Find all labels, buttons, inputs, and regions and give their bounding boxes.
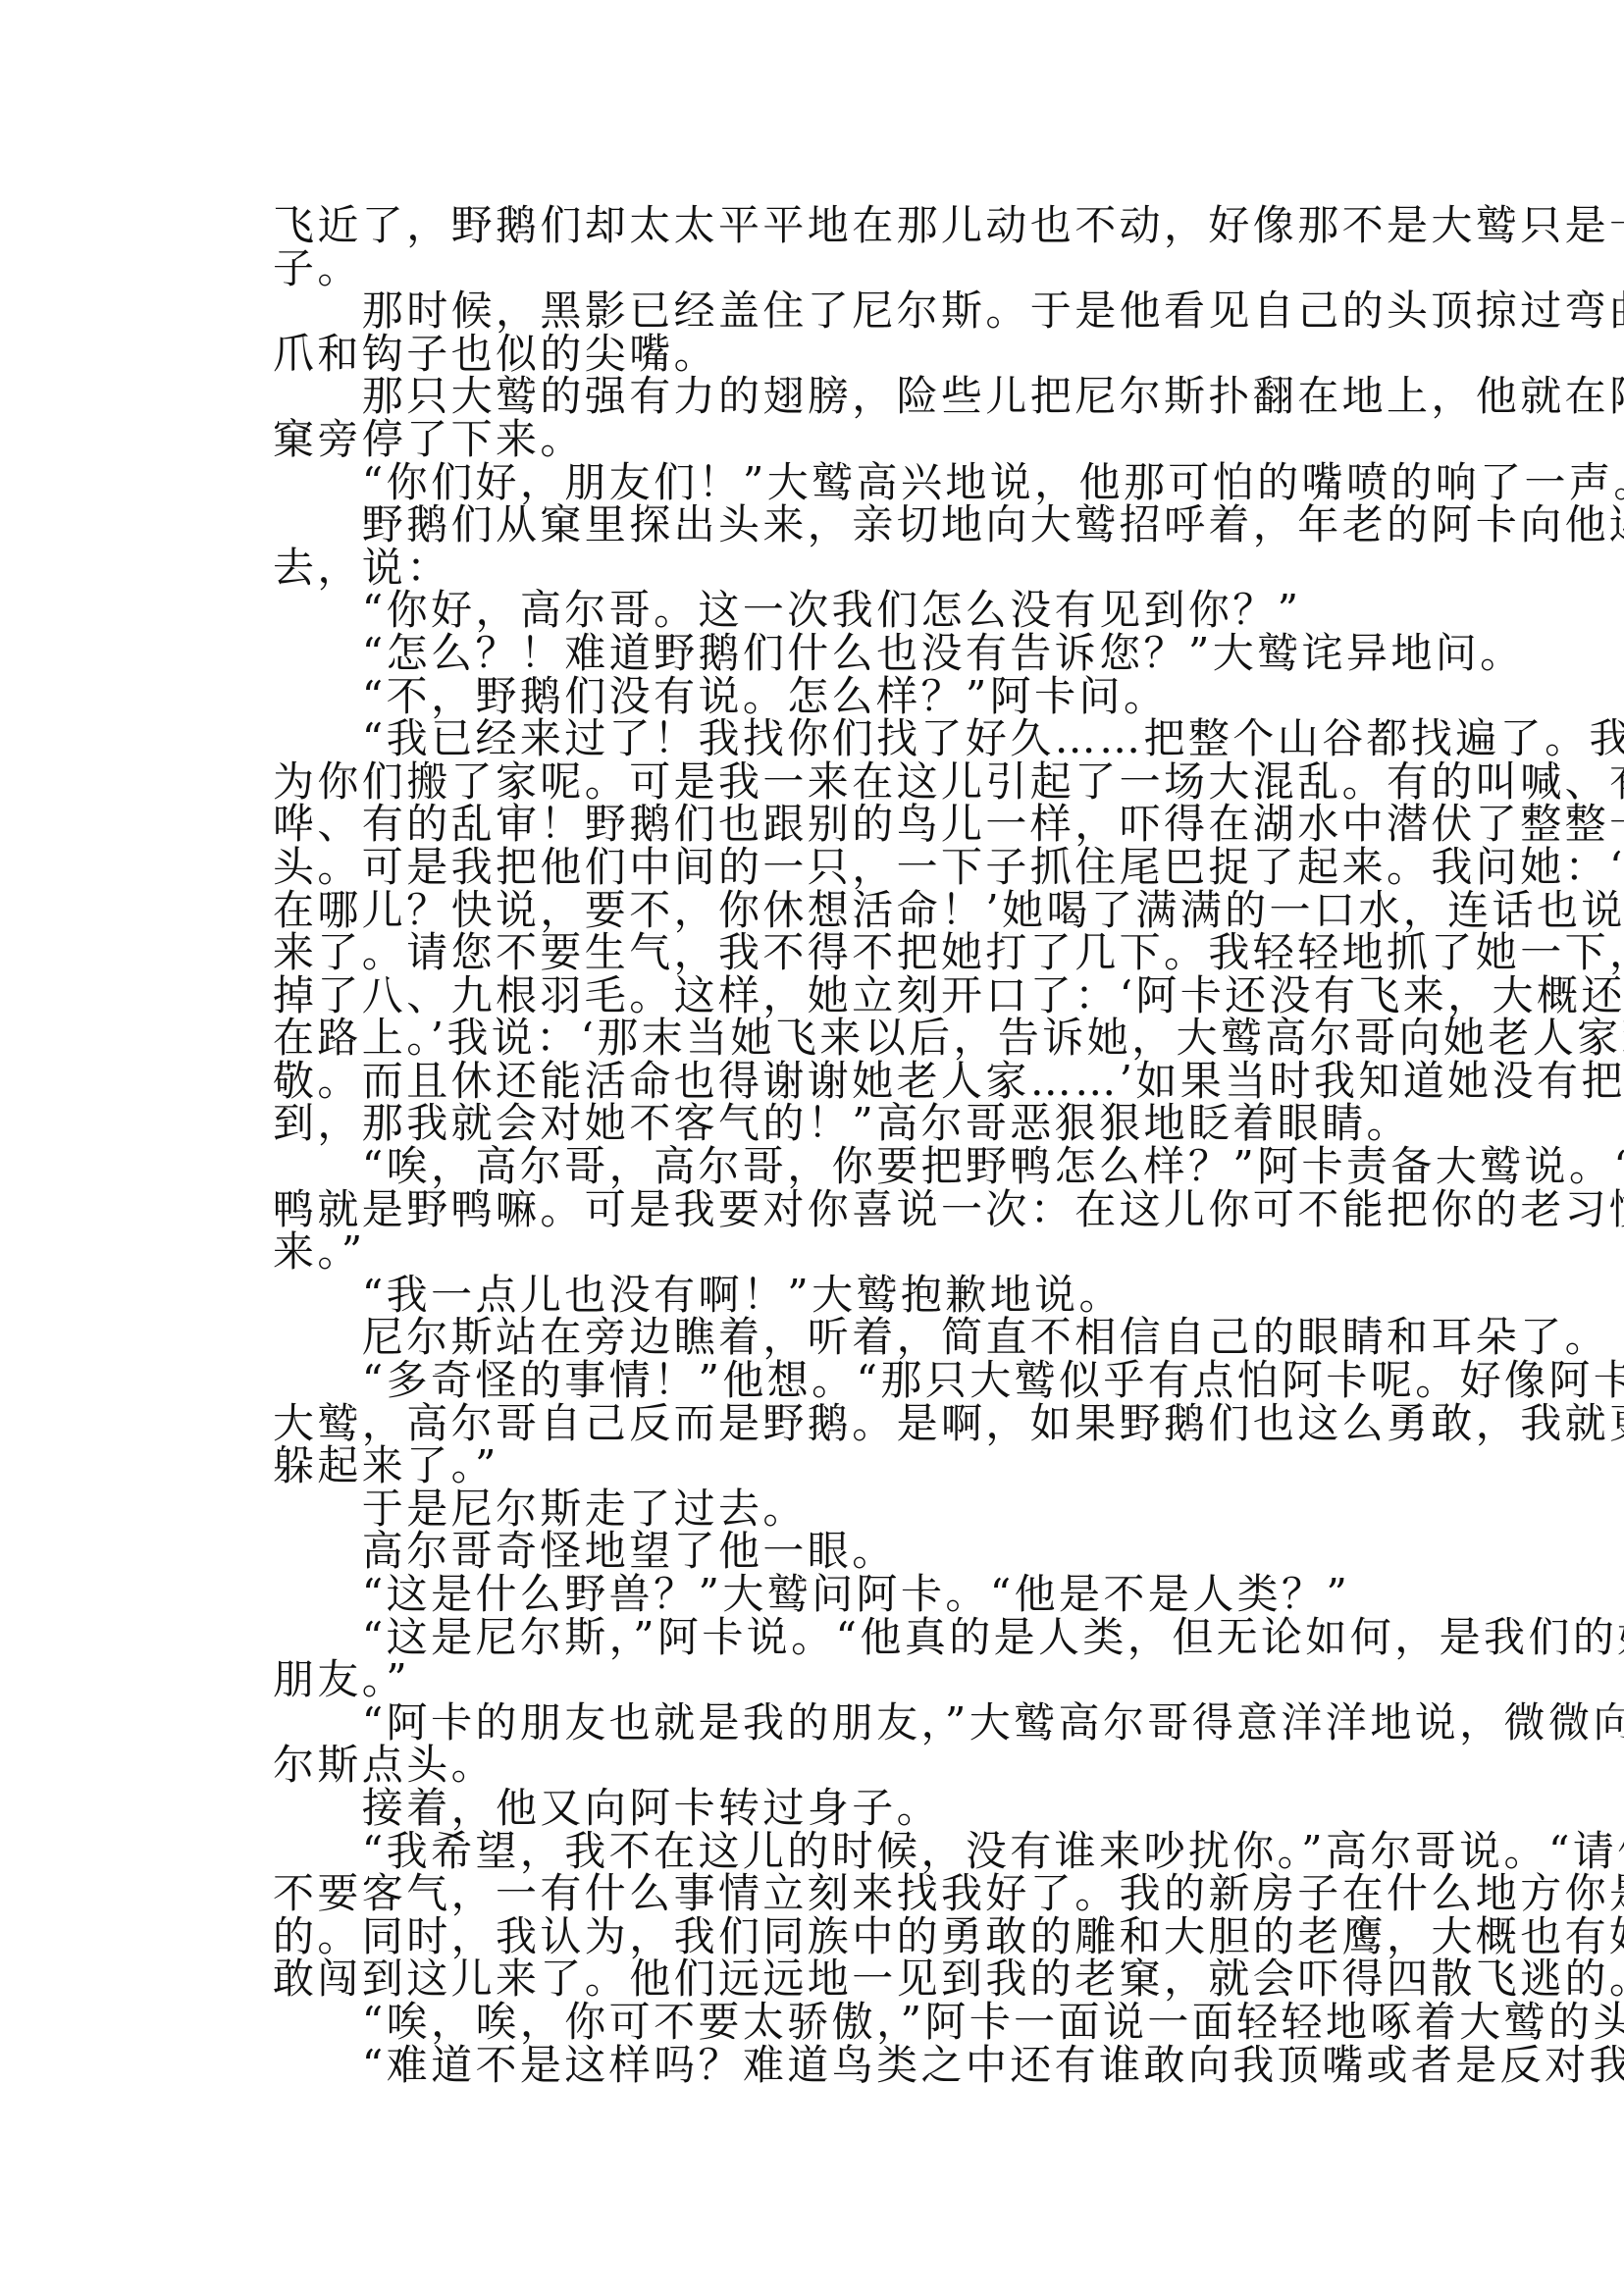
text-line: 野鹅们从窠里探出头来，亲切地向大鹫招呼着，年老的阿卡向他迎了上 bbox=[273, 503, 1352, 547]
text-line: 敬。而且休还能活命也得谢谢她老人家……’如果当时我知道她没有把话传 bbox=[273, 1060, 1352, 1103]
text-line: “我希望，我不在这儿的时候，没有谁来吵扰你。”高尔哥说。“请你 bbox=[273, 1830, 1352, 1873]
text-line: 哗、有的乱审！野鹅们也跟别的鸟儿一样，吓得在湖水中潜伏了整整一个钟 bbox=[273, 803, 1352, 846]
text-line: 那时候，黑影已经盖住了尼尔斯。于是他看见自己的头顶掠过弯曲的脚 bbox=[273, 289, 1352, 333]
text-line: “我已经来过了！我找你们找了好久……把整个山谷都找遍了。我还以 bbox=[273, 717, 1352, 760]
text-line: “多奇怪的事情！”他想。“那只大鹫似乎有点怕阿卡呢。好像阿卡是 bbox=[273, 1359, 1352, 1402]
text-line: 尼尔斯站在旁边瞧着，听着，简直不相信自己的眼睛和耳朵了。 bbox=[273, 1316, 1352, 1359]
text-line: 飞近了，野鹅们却太太平平地在那儿动也不动，好像那不是大鹫只是一只燕 bbox=[273, 204, 1352, 247]
text-line: “这是尼尔斯，”阿卡说。“他真的是人类，但无论如何，是我们的好 bbox=[273, 1616, 1352, 1659]
text-line: 于是尼尔斯走了过去。 bbox=[273, 1487, 1352, 1531]
text-line: 鸭就是野鸭嘛。可是我要对你喜说一次：在这儿你可不能把你的老习惯搬出 bbox=[273, 1188, 1352, 1231]
text-line: 不要客气，一有什么事情立刻来找我好了。我的新房子在什么地方你是知道 bbox=[273, 1872, 1352, 1915]
text-line: 大鹫，高尔哥自己反而是野鹅。是啊，如果野鹅们也这么勇敢，我就更不用 bbox=[273, 1402, 1352, 1445]
document-page: 飞近了，野鹅们却太太平平地在那儿动也不动，好像那不是大鹫只是一只燕 子。 那时候… bbox=[0, 0, 1624, 2294]
text-line: 掉了八、九根羽毛。这样，她立刻开口了：‘阿卡还没有飞来，大概还逗留 bbox=[273, 974, 1352, 1017]
text-line: “唉，唉，你可不要太骄傲，”阿卡一面说一面轻轻地啄着大鹫的头。 bbox=[273, 2001, 1352, 2044]
text-line: 爪和钩子也似的尖嘴。 bbox=[273, 333, 1352, 376]
text-line: “你们好，朋友们！”大鹫高兴地说，他那可怕的嘴喷的响了一声。 bbox=[273, 461, 1352, 504]
text-line: 去，说： bbox=[273, 547, 1352, 590]
text-line: “你好，高尔哥。这一次我们怎么没有见到你？” bbox=[273, 589, 1352, 632]
text-line: 敢闯到这儿来了。他们远远地一见到我的老窠，就会吓得四散飞逃的。” bbox=[273, 1957, 1352, 2001]
text-line: 接着，他又向阿卡转过身子。 bbox=[273, 1787, 1352, 1830]
text-line: “唉，高尔哥，高尔哥，你要把野鸭怎么样？”阿卡责备大鹫说。“野 bbox=[273, 1145, 1352, 1188]
text-line: “难道不是这样吗？难道鸟类之中还有谁敢向我顶嘴或者是反对我？我 bbox=[273, 2044, 1352, 2087]
text-line: 窠旁停了下来。 bbox=[273, 418, 1352, 461]
text-line: “阿卡的朋友也就是我的朋友，”大鹫高尔哥得意洋洋地说，微微向尼 bbox=[273, 1701, 1352, 1745]
text-line: “我一点儿也没有啊！”大鹫抱歉地说。 bbox=[273, 1274, 1352, 1317]
text-line: 朋友。” bbox=[273, 1658, 1352, 1701]
text-line: “怎么？！难道野鹅们什么也没有告诉您？”大鹫诧异地问。 bbox=[273, 632, 1352, 675]
text-line: 在路上。’我说：‘那末当她飞来以后，告诉她，大鹫高尔哥向她老人家致 bbox=[273, 1017, 1352, 1060]
text-line: “不，野鹅们没有说。怎么样？”阿卡问。 bbox=[273, 675, 1352, 718]
text-line: 高尔哥奇怪地望了他一眼。 bbox=[273, 1530, 1352, 1573]
text-line: 来。” bbox=[273, 1230, 1352, 1274]
text-line: 躲起来了。” bbox=[273, 1444, 1352, 1487]
text-line: 那只大鹫的强有力的翅膀，险些儿把尼尔斯扑翻在地上，他就在阿卡的 bbox=[273, 375, 1352, 418]
text-line: 的。同时，我认为，我们同族中的勇敢的雕和大胆的老鹰，大概也有好久不 bbox=[273, 1915, 1352, 1958]
text-line: 为你们搬了家呢。可是我一来在这儿引起了一场大混乱。有的叫喊、有的喧 bbox=[273, 760, 1352, 804]
text-line: 在哪儿？快说，要不，你休想活命！’她喝了满满的一口水，连话也说不出 bbox=[273, 889, 1352, 932]
body-text: 飞近了，野鹅们却太太平平地在那儿动也不动，好像那不是大鹫只是一只燕 子。 那时候… bbox=[273, 204, 1352, 2086]
text-line: 来了。请您不要生气，我不得不把她打了几下。我轻轻地抓了她一下，就拔 bbox=[273, 931, 1352, 974]
text-line: 尔斯点头。 bbox=[273, 1744, 1352, 1787]
text-line: 头。可是我把他们中间的一只，一下子抓住尾巴捉了起来。我问她：‘阿卡 bbox=[273, 846, 1352, 889]
text-line: “这是什么野兽？”大鹫问阿卡。“他是不是人类？” bbox=[273, 1573, 1352, 1616]
text-line: 子。 bbox=[273, 247, 1352, 290]
text-line: 到，那我就会对她不客气的！”高尔哥恶狠狠地眨着眼睛。 bbox=[273, 1102, 1352, 1145]
